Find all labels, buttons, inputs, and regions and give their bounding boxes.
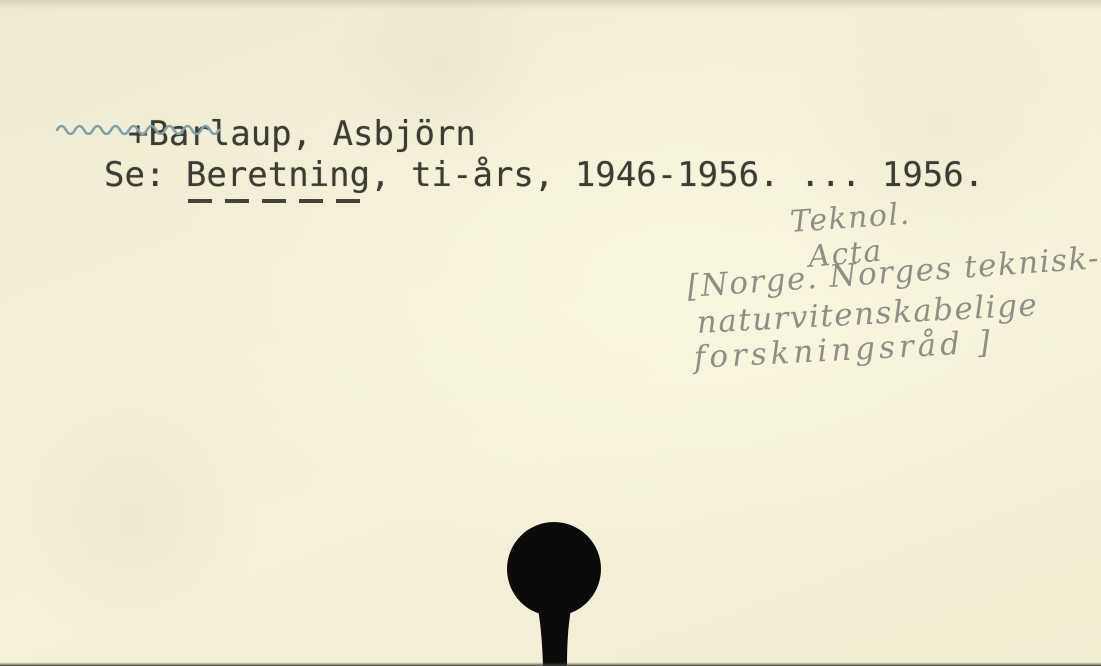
catalog-card: +Barlaup, Asbjörn Se: Beretning, ti-års,… (0, 0, 1101, 666)
wavy-underline (55, 121, 233, 135)
see-title-text: Beretning (186, 155, 370, 195)
punch-hole-mark (490, 515, 630, 666)
see-reference-line: Se: Beretning, ti-års, 1946-1956. ... 19… (104, 158, 984, 192)
handwritten-note-teknol: Teknol. (789, 198, 912, 240)
see-prefix-text: Se: (104, 155, 186, 195)
see-suffix-text: , ti-års, 1946-1956. ... 1956. (370, 155, 984, 195)
